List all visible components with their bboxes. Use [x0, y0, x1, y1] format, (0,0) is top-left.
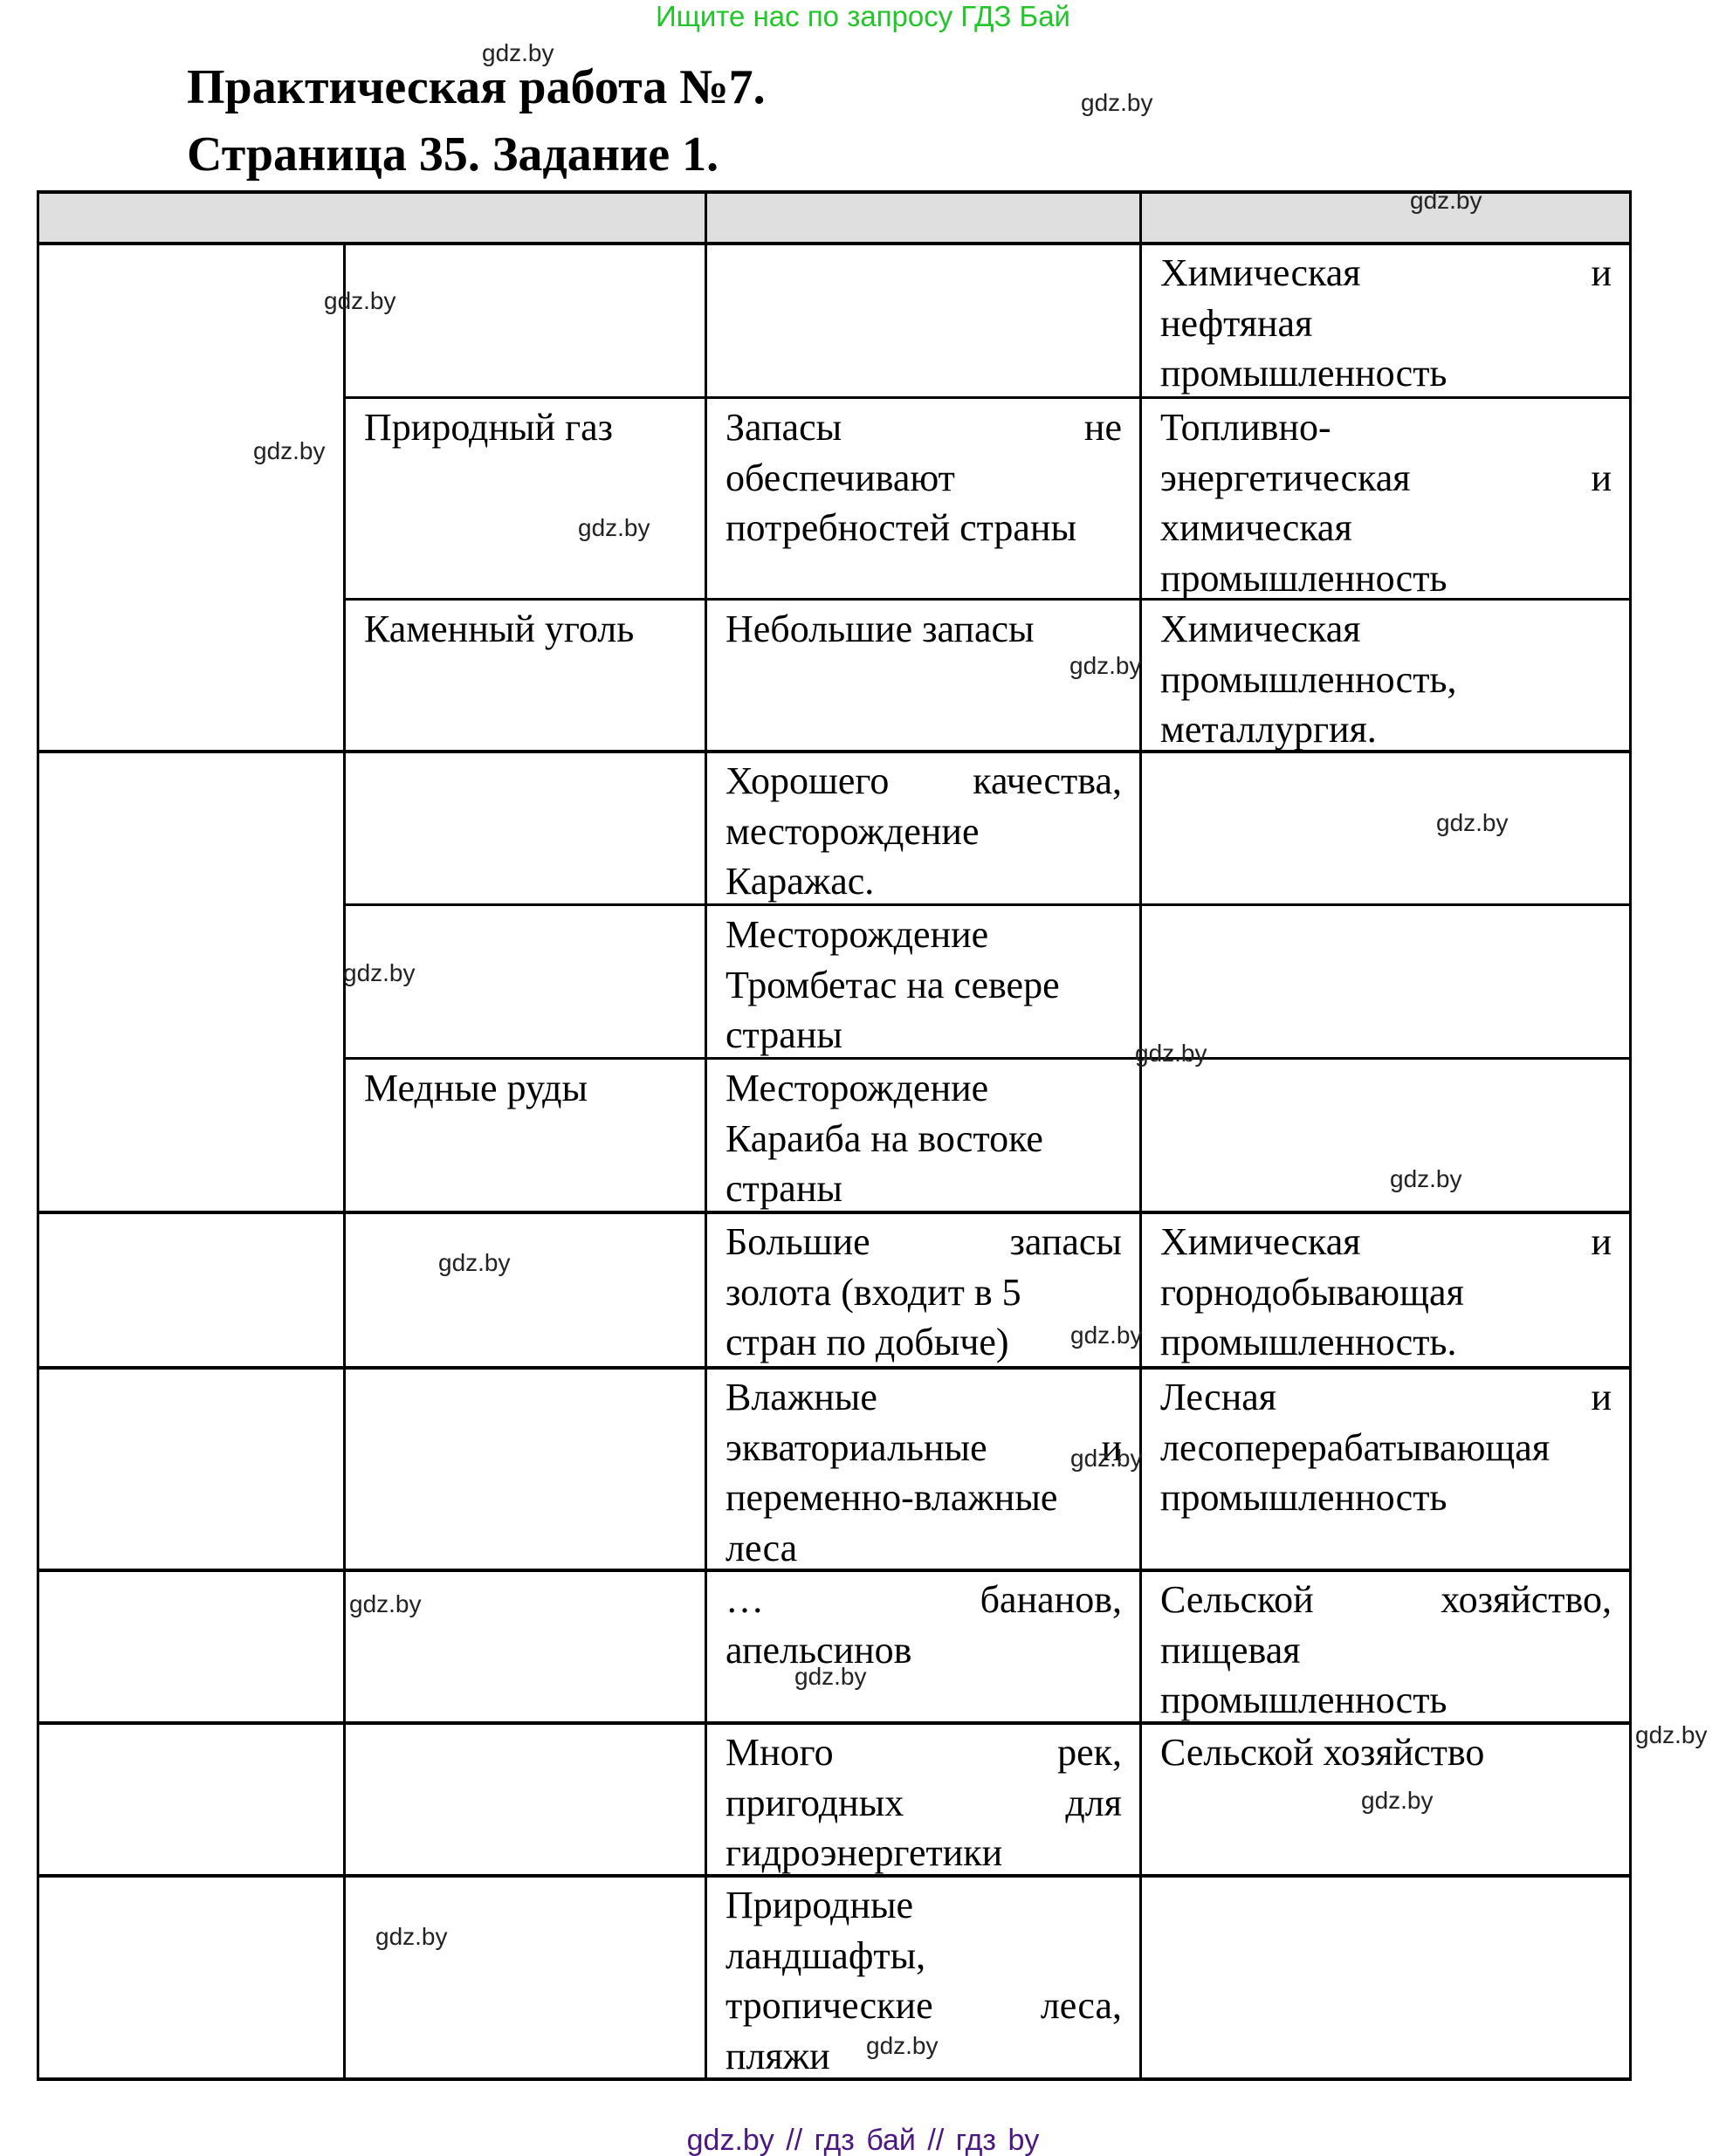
cell-line: леса	[725, 1523, 1122, 1574]
resource-name-cell: Каменный уголь	[343, 599, 705, 751]
table-border-top	[37, 190, 1632, 194]
industry-cell	[1139, 751, 1629, 904]
watermark: gdz.by	[324, 288, 396, 314]
industry-cell: Химическаяпромышленность,металлургия.	[1139, 599, 1629, 751]
cell-line: Химическаяи	[1160, 248, 1612, 299]
watermark: gdz.by	[1070, 1445, 1143, 1472]
cell-line: экваториальныеи	[725, 1423, 1122, 1473]
cell-line: Месторождение	[725, 910, 1122, 960]
cell-line: Хорошегокачества,	[725, 756, 1122, 807]
cell-line: промышленность	[1160, 553, 1612, 604]
cell-line: стран по добыче)	[725, 1317, 1122, 1368]
industry-cell: Леснаяилесоперерабатывающаяпромышленност…	[1139, 1367, 1629, 1569]
cell-line: обеспечивают	[725, 453, 1122, 504]
cell-line: Тромбетас на севере	[725, 960, 1122, 1011]
table-col-divider	[343, 243, 346, 2081]
resource-description-cell: Запасынеобеспечиваютпотребностей страны	[705, 397, 1139, 599]
watermark: gdz.by	[794, 1664, 867, 1690]
table-row-border	[343, 1057, 1632, 1060]
table-header-row	[37, 191, 1629, 243]
cell-line: горнодобывающая	[1160, 1267, 1612, 1318]
resource-name-cell	[343, 1875, 705, 2078]
cell-line: Химическаяи	[1160, 1217, 1612, 1267]
table-row-border	[37, 1874, 1632, 1878]
cell-line: страны	[725, 1164, 1122, 1214]
watermark: gdz.by	[253, 438, 326, 464]
watermark: gdz.by	[1390, 1166, 1462, 1192]
table-row-border	[37, 2077, 1632, 2081]
table-border-right	[1629, 191, 1632, 2081]
table-row-border	[37, 1366, 1632, 1370]
cell-line: Месторождение	[725, 1063, 1122, 1114]
industry-cell: Химическаяинефтянаяпромышленность	[1139, 243, 1629, 397]
cell-line: промышленность,	[1160, 655, 1612, 705]
watermark: gdz.by	[866, 2033, 939, 2059]
cell-line: пригодныхдля	[725, 1778, 1122, 1829]
watermark: gdz.by	[343, 960, 416, 986]
cell-line: химическая	[1160, 503, 1612, 553]
resource-name-cell	[343, 1722, 705, 1875]
watermark: gdz.by	[375, 1924, 448, 1950]
watermark: gdz.by	[1436, 810, 1509, 836]
cell-line: Сельской хозяйство	[1160, 1727, 1612, 1778]
resource-description-cell: Многорек,пригодныхдлягидроэнергетики	[705, 1722, 1139, 1875]
cell-line: Топливно-	[1160, 402, 1612, 453]
cell-line: промышленность	[1160, 1675, 1612, 1726]
table-row-border	[343, 903, 1632, 906]
watermark: gdz.by	[1635, 1722, 1708, 1748]
cell-line: …бананов,	[725, 1575, 1122, 1625]
cell-line: Каражас.	[725, 856, 1122, 907]
resource-description-cell	[705, 243, 1139, 397]
table-row-border	[343, 396, 1632, 399]
industry-cell: Сельскойхозяйство,пищеваяпромышленность	[1139, 1569, 1629, 1722]
cell-line: апельсинов	[725, 1625, 1122, 1676]
watermark: gdz.by	[482, 40, 554, 66]
resource-name-cell: Природный газ	[343, 397, 705, 599]
industry-cell	[1139, 1058, 1629, 1212]
table-row-border	[37, 750, 1632, 753]
watermark: gdz.by	[1135, 1040, 1207, 1067]
table-border-left	[37, 191, 39, 2081]
cell-line: металлургия.	[1160, 704, 1612, 755]
cell-line: Химическая	[1160, 604, 1612, 655]
cell-line: Природные	[725, 1880, 1122, 1931]
industry-cell: Топливно-энергетическаяихимическаяпромыш…	[1139, 397, 1629, 599]
footer-links: gdz.by // гдз бай // гдз by	[0, 2123, 1726, 2156]
cell-line: Влажные	[725, 1372, 1122, 1423]
cell-line: Запасыне	[725, 402, 1122, 453]
cell-line: Небольшие запасы	[725, 604, 1122, 655]
cell-line: Каменный уголь	[364, 604, 687, 655]
table-row-border	[37, 1569, 1632, 1572]
watermark: gdz.by	[1361, 1788, 1434, 1814]
cell-line: Многорек,	[725, 1727, 1122, 1778]
watermark: gdz.by	[1081, 90, 1153, 116]
cell-line: ландшафты,	[725, 1931, 1122, 1981]
table-row-border	[343, 598, 1632, 601]
resource-name-cell	[343, 243, 705, 397]
resource-name-cell	[343, 1367, 705, 1569]
industry-cell: Химическаяигорнодобывающаяпромышленность…	[1139, 1212, 1629, 1367]
resource-description-cell: МесторождениеТромбетас на северестраны	[705, 904, 1139, 1058]
resource-name-cell	[343, 751, 705, 904]
cell-line: гидроэнергетики	[725, 1828, 1122, 1878]
watermark: gdz.by	[1069, 653, 1142, 679]
industry-cell	[1139, 1875, 1629, 2078]
cell-line: Сельскойхозяйство,	[1160, 1575, 1612, 1625]
resource-description-cell: МесторождениеКараиба на востокестраны	[705, 1058, 1139, 1212]
resource-description-cell: Хорошегокачества,месторождениеКаражас.	[705, 751, 1139, 904]
cell-line: переменно-влажные	[725, 1473, 1122, 1523]
cell-line: пищевая	[1160, 1625, 1612, 1676]
cell-line: лесоперерабатывающая	[1160, 1423, 1612, 1473]
watermark: gdz.by	[1410, 188, 1482, 214]
cell-line: Караиба на востоке	[725, 1114, 1122, 1164]
cell-line: Природный газ	[364, 402, 687, 453]
resources-table: ХимическаяинефтянаяпромышленностьПриродн…	[0, 0, 1726, 2156]
cell-line: нефтяная	[1160, 299, 1612, 349]
cell-line: месторождение	[725, 807, 1122, 857]
resource-name-cell	[343, 1212, 705, 1367]
cell-line: Леснаяи	[1160, 1372, 1612, 1423]
cell-line: Большиезапасы	[725, 1217, 1122, 1267]
table-col-divider	[1139, 191, 1142, 2081]
watermark: gdz.by	[1070, 1322, 1143, 1349]
watermark: gdz.by	[349, 1591, 422, 1617]
cell-line: золота (входит в 5	[725, 1267, 1122, 1318]
table-row-border	[37, 1211, 1632, 1214]
cell-line: промышленность.	[1160, 1317, 1612, 1368]
cell-line: промышленность	[1160, 1473, 1612, 1523]
watermark: gdz.by	[578, 515, 650, 541]
watermark: gdz.by	[438, 1250, 511, 1276]
cell-line: промышленность	[1160, 348, 1612, 399]
cell-line: Медные руды	[364, 1063, 687, 1114]
cell-line: страны	[725, 1010, 1122, 1061]
table-header-border	[37, 242, 1632, 245]
resource-description-cell: …бананов,апельсинов	[705, 1569, 1139, 1722]
cell-line: потребностей страны	[725, 503, 1122, 553]
cell-line: тропическиелеса,	[725, 1981, 1122, 2031]
resource-name-cell: Медные руды	[343, 1058, 705, 1212]
industry-cell	[1139, 904, 1629, 1058]
cell-line: энергетическаяи	[1160, 453, 1612, 504]
table-col-divider	[705, 191, 707, 2081]
table-row-border	[37, 1721, 1632, 1725]
